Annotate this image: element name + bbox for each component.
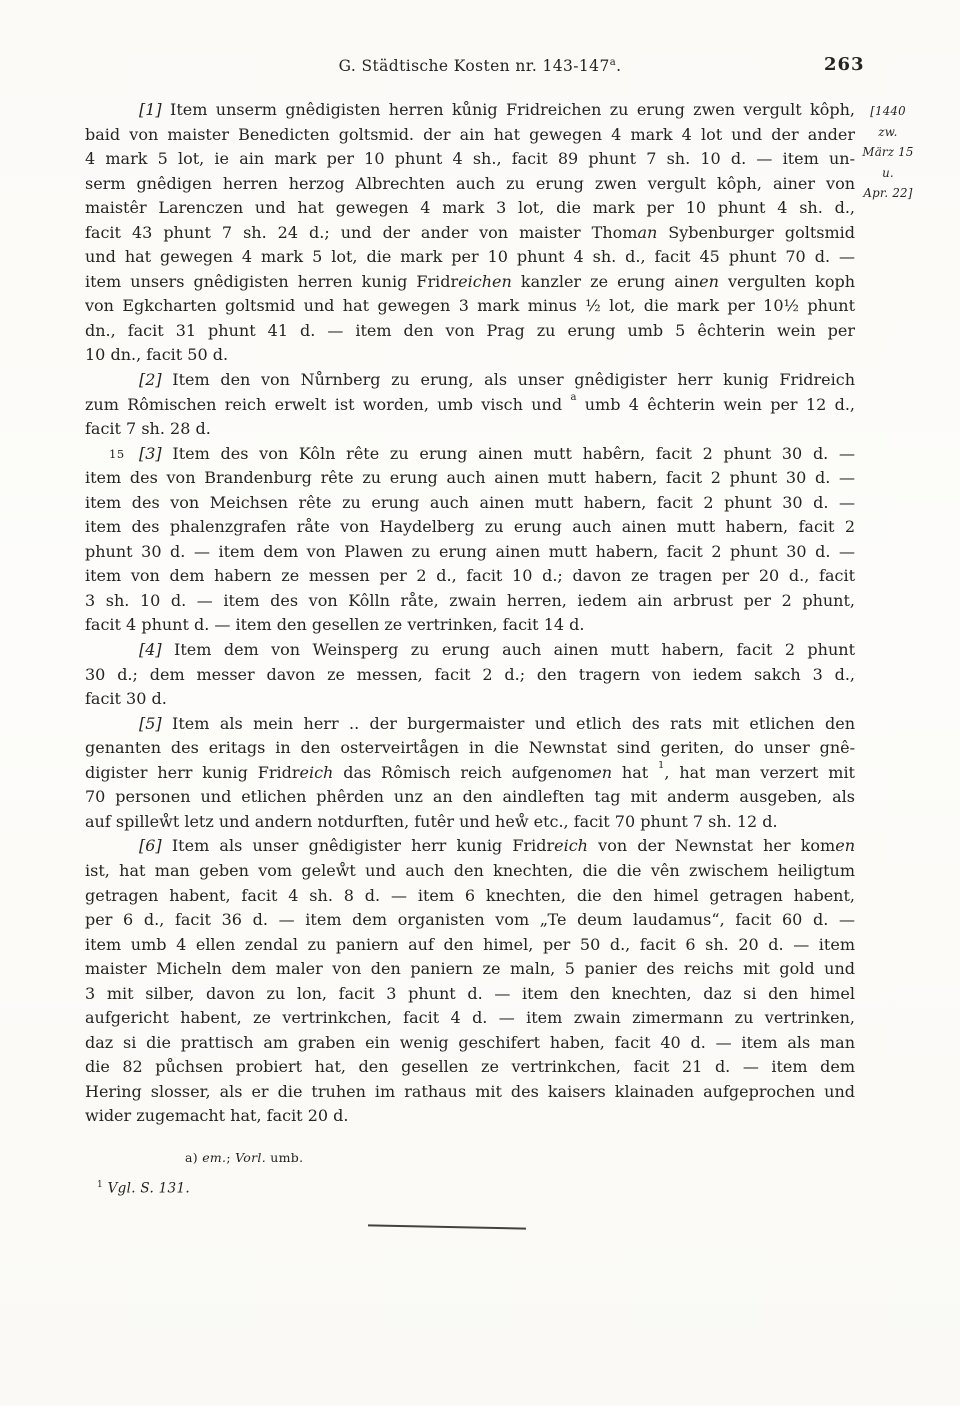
line-text: item umb 4 ellen zendal zu paniern auf d… [85,935,855,954]
line-text: 10 dn., facit 50 d. [85,345,228,364]
line-text: 3 sh. 10 d. — item des von Kôlln råte, z… [85,591,855,610]
text-line: per 6 d., facit 36 d. — item dem organis… [85,908,855,933]
text-line: [2] Item den von Nůrnberg zu erung, als … [85,368,855,393]
text-line: Hering slosser, als er die truhen im rat… [85,1080,855,1105]
text-line: 40 die 82 půchsen probiert hat, den gese… [85,1055,855,1080]
text-line: item des von Brandenburg rête zu erung a… [85,466,855,491]
line-text: Hering slosser, als er die truhen im rat… [85,1082,855,1101]
line-text: 4 mark 5 lot, ie ain mark per 10 phunt 4… [85,149,855,168]
text-line: und hat gewegen 4 mark 5 lot, die mark p… [85,245,855,270]
text-line: wider zugemacht hat, facit 20 d. [85,1104,855,1129]
footnote-reference: 1 Vgl. S. 131. [97,1180,190,1197]
line-text: aufgericht habent, ze vertrinkchen, faci… [85,1008,855,1027]
line-text: auf spilleẘt letz und andern notdurften,… [85,812,778,831]
margin-date-line: u. [856,163,920,184]
line-text: 30 d.; dem messer davon ze messen, facit… [85,665,855,684]
line-text: [1] Item unserm gnêdigisten herren kůnig… [139,100,855,119]
line-text: digister herr kunig Fridreich das Rômisc… [85,763,855,782]
line-text: 3 mit silber, davon zu lon, facit 3 phun… [85,984,855,1003]
margin-date-line: zw. [856,122,920,143]
line-text: maistêr Larenczen und hat gewegen 4 mark… [85,198,855,217]
text-line: 10 dn., facit 31 phunt 41 d. — item den … [85,319,855,344]
line-text: zum Rômischen reich erwelt ist worden, u… [85,395,855,414]
text-line: genanten des eritags in den osterveirtåg… [85,736,855,761]
text-line: zum Rômischen reich erwelt ist worden, u… [85,393,855,418]
footnote-variant: a) em.; Vorl. umb. [185,1150,303,1165]
text-line: 70 personen und etlichen phêrden unz an … [85,785,855,810]
line-text: baid von maister Benedicten goltsmid. de… [85,125,855,144]
text-line: item unsers gnêdigisten herren kunig Fri… [85,270,855,295]
line-text: [6] Item als unser gnêdigister herr kuni… [139,836,855,855]
text-line: facit 7 sh. 28 d. [85,417,855,442]
text-line: digister herr kunig Fridreich das Rômisc… [85,761,855,786]
running-header-title: G. Städtische Kosten nr. 143-147a. [95,57,865,75]
line-text: [5] Item als mein herr .. der burgermais… [139,714,855,733]
text-line: ist, hat man geben vom geleẘt und auch d… [85,859,855,884]
line-text: maister Micheln dem maler von den panier… [85,959,855,978]
line-text: facit 7 sh. 28 d. [85,419,211,438]
text-line: 30 d.; dem messer davon ze messen, facit… [85,663,855,688]
text-line: phunt 30 d. — item dem von Plawen zu eru… [85,540,855,565]
line-text: daz si die prattisch am graben ein wenig… [85,1033,855,1052]
line-text: 70 personen und etlichen phêrden unz an … [85,787,855,806]
text-line: 25 facit 30 d. [85,687,855,712]
margin-date-line: März 15 [856,142,920,163]
scanned-page: G. Städtische Kosten nr. 143-147a. 263 [… [0,0,960,1406]
text-line: 4 mark 5 lot, ie ain mark per 10 phunt 4… [85,147,855,172]
text-line: item des phalenzgrafen råte von Haydelbe… [85,515,855,540]
text-line: serm gnêdigen herren herzog Albrechten a… [85,172,855,197]
text-line: 15 [3] Item des von Kôln rête zu erung a… [85,442,855,467]
margin-date-line: [1440 [856,101,920,122]
line-text: die 82 půchsen probiert hat, den geselle… [85,1057,855,1076]
line-text: per 6 d., facit 36 d. — item dem organis… [85,910,855,929]
text-line: [1] Item unserm gnêdigisten herren kůnig… [85,98,855,123]
text-line: [5] Item als mein herr .. der burgermais… [85,712,855,737]
text-line: baid von maister Benedicten goltsmid. de… [85,123,855,148]
line-text: phunt 30 d. — item dem von Plawen zu eru… [85,542,855,561]
line-text: [3] Item des von Kôln rête zu erung aine… [139,444,855,463]
text-line: daz si die prattisch am graben ein wenig… [85,1031,855,1056]
text-line: 5 maistêr Larenczen und hat gewegen 4 ma… [85,196,855,221]
line-text: [4] Item dem von Weinsperg zu erung auch… [139,640,855,659]
text-line: facit 4 phunt d. — item den gesellen ze … [85,613,855,638]
line-text: facit 43 phunt 7 sh. 24 d.; und der ande… [85,223,855,242]
line-text: facit 4 phunt d. — item den gesellen ze … [85,615,584,634]
line-text: item des von Brandenburg rête zu erung a… [85,468,855,487]
text-line: aufgericht habent, ze vertrinkchen, faci… [85,1006,855,1031]
text-line: 30 auf spilleẘt letz und andern notdurft… [85,810,855,835]
text-line: [6] Item als unser gnêdigister herr kuni… [85,834,855,859]
line-text: item unsers gnêdigisten herren kunig Fri… [85,272,855,291]
text-block: [1] Item unserm gnêdigisten herren kůnig… [85,98,855,1129]
text-line: 3 mit silber, davon zu lon, facit 3 phun… [85,982,855,1007]
line-text: ist, hat man geben vom geleẘt und auch d… [85,861,855,880]
text-line: [4] Item dem von Weinsperg zu erung auch… [85,638,855,663]
text-line: facit 43 phunt 7 sh. 24 d.; und der ande… [85,221,855,246]
text-line: getragen habent, facit 4 sh. 8 d. — item… [85,884,855,909]
line-text: facit 30 d. [85,689,167,708]
text-line: item des von Meichsen rête zu erung auch… [85,491,855,516]
line-text: [2] Item den von Nůrnberg zu erung, als … [139,370,855,389]
line-text: von Egkcharten goltsmid und hat gewegen … [85,296,855,315]
line-text: und hat gewegen 4 mark 5 lot, die mark p… [85,247,855,266]
line-text: item von dem habern ze messen per 2 d., … [85,566,855,585]
page-number: 263 [824,54,865,75]
margin-date-range: [1440 zw. März 15 u. Apr. 22] [856,101,920,204]
line-text: item des von Meichsen rête zu erung auch… [85,493,855,512]
text-line: von Egkcharten goltsmid und hat gewegen … [85,294,855,319]
line-text: serm gnêdigen herren herzog Albrechten a… [85,174,855,193]
line-text: dn., facit 31 phunt 41 d. — item den von… [85,321,855,340]
text-line: 3 sh. 10 d. — item des von Kôlln råte, z… [85,589,855,614]
line-text: getragen habent, facit 4 sh. 8 d. — item… [85,886,855,905]
line-text: item des phalenzgrafen råte von Haydelbe… [85,517,855,536]
text-line: 10 dn., facit 50 d. [85,343,855,368]
footer-rule [368,1224,526,1229]
text-line: maister Micheln dem maler von den panier… [85,957,855,982]
margin-date-line: Apr. 22] [856,183,920,204]
text-line: 20 item von dem habern ze messen per 2 d… [85,564,855,589]
line-text: genanten des eritags in den osterveirtåg… [85,738,855,757]
text-line: 35 item umb 4 ellen zendal zu paniern au… [85,933,855,958]
line-text: wider zugemacht hat, facit 20 d. [85,1106,348,1125]
